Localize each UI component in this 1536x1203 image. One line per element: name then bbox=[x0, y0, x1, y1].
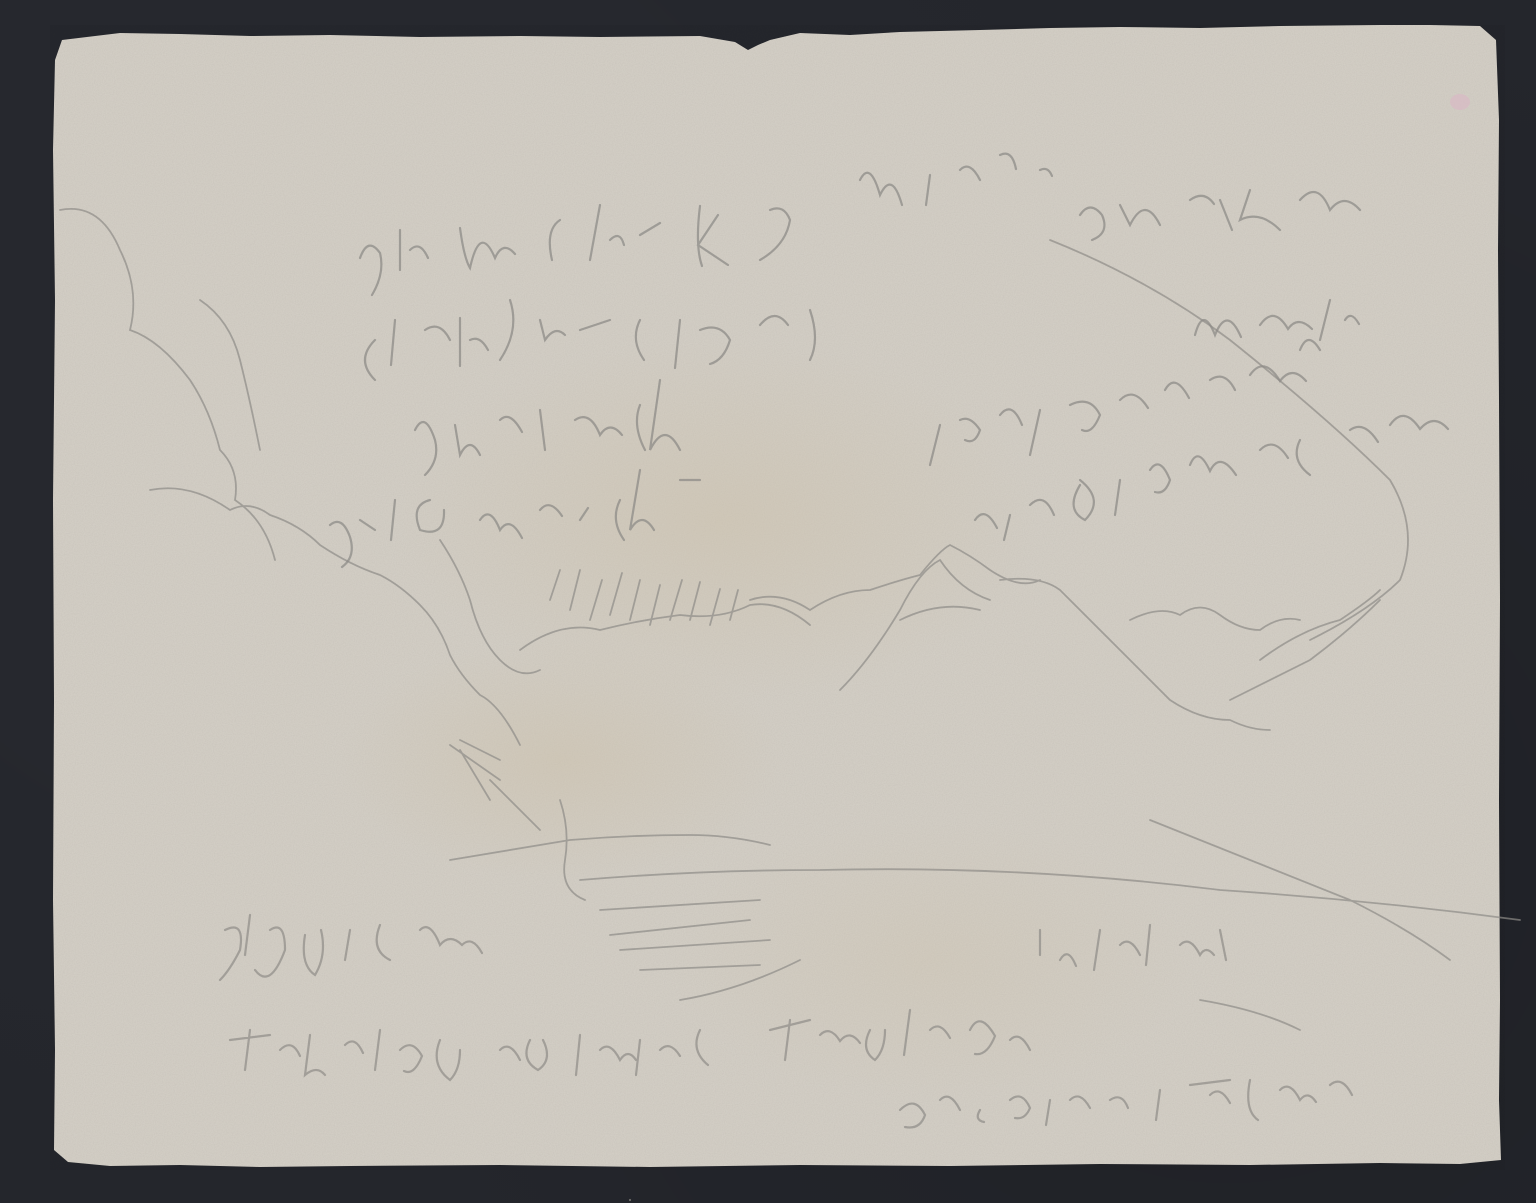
sketch-sheet bbox=[0, 0, 1536, 1203]
pink-corner-mark bbox=[1450, 94, 1470, 110]
